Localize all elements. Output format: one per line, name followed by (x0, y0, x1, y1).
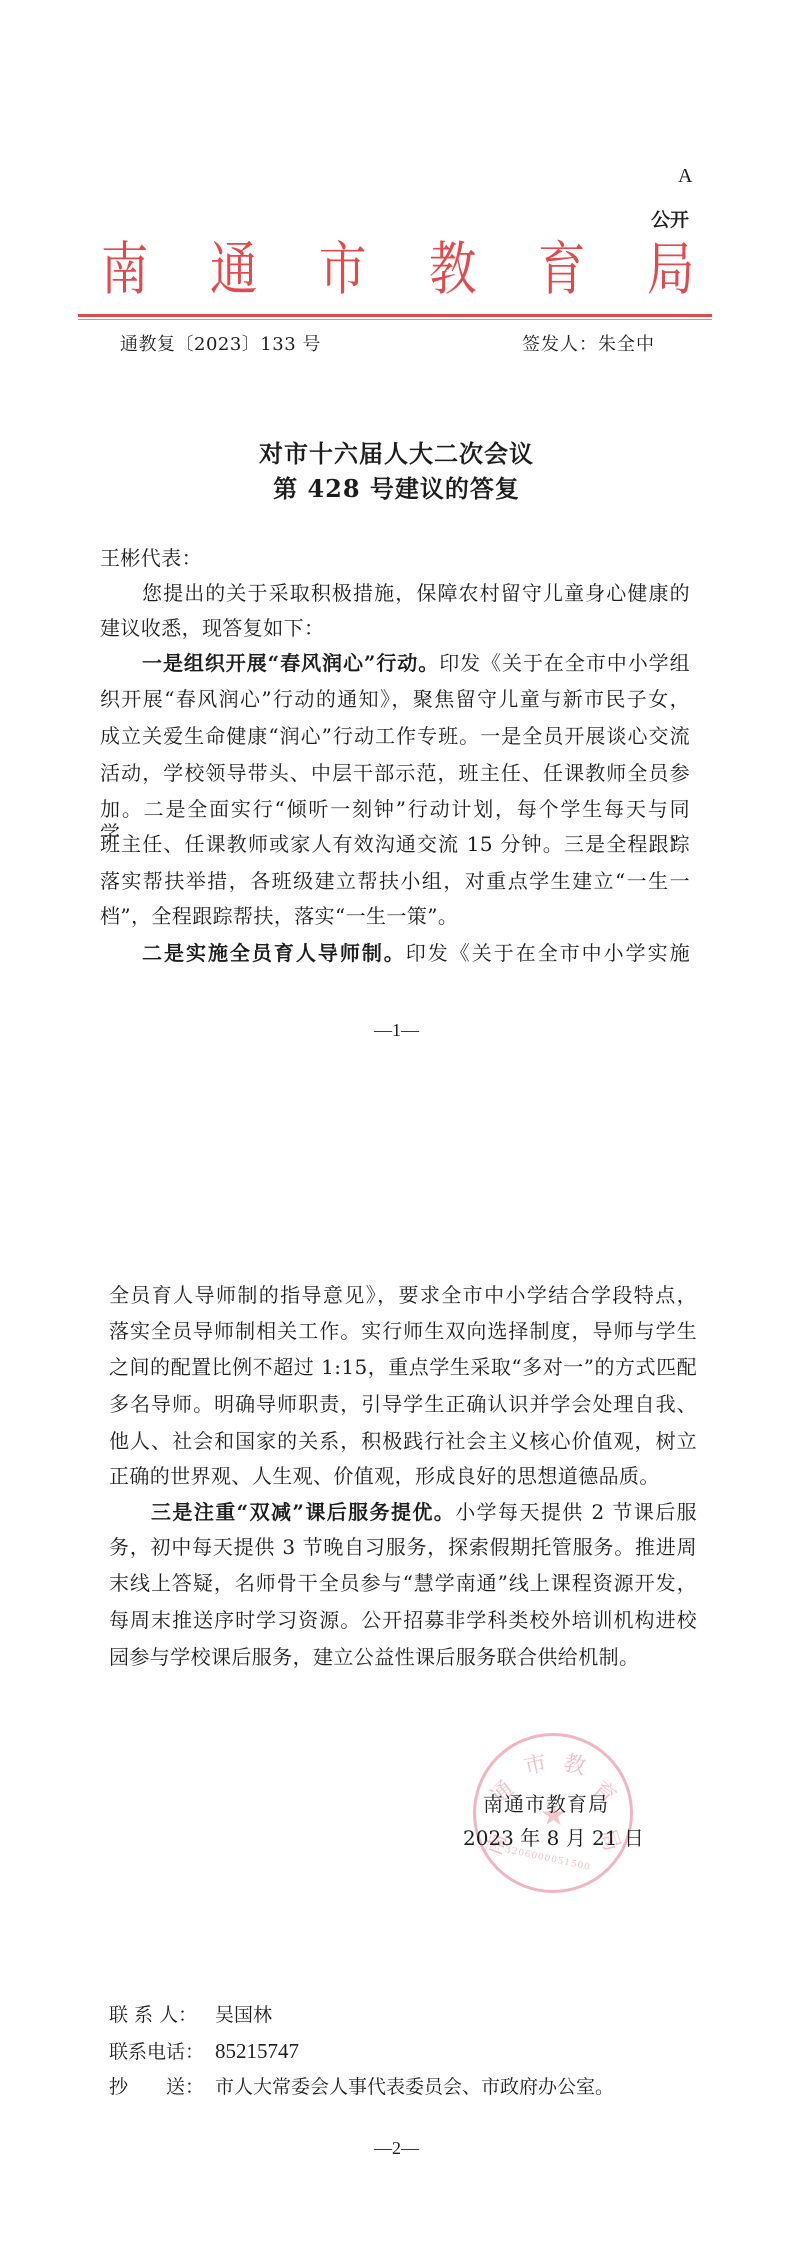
section1-text: 印发《关于在全市中小学组 (439, 651, 690, 675)
section2-line: 多名导师。明确导师职责，引导学生正确认识并学会处理自我、 (109, 1392, 697, 1416)
section3-heading: 三是注重“双减”课后服务提优。 (151, 1500, 455, 1524)
section2-line: 全员育人导师制的指导意见》，要求全市中小学结合学段特点， (109, 1283, 697, 1307)
page-number-1: —1— (0, 1020, 793, 1041)
signature-date: 2023 年 8 月 21 日 (463, 1822, 644, 1851)
section3-line: 务，初中每天提供 3 节晚自习服务，探索假期托管服务。推进周 (109, 1535, 697, 1559)
section1-line: 活动，学校领导带头、中层干部示范，班主任、任课教师全员参 (100, 761, 690, 785)
contact-phone-label: 联系电话： (109, 2040, 215, 2064)
letterhead-char: 南 (101, 236, 145, 302)
section2-heading: 二是实施全员育人导师制。 (142, 941, 406, 965)
section2-first-line: 二是实施全员育人导师制。印发《关于在全市中小学实施 (142, 941, 690, 965)
section2-line: 之间的配置比例不超过 1:15，重点学生采取“多对一”的方式匹配 (109, 1355, 697, 1379)
section2-line: 落实全员导师制相关工作。实行师生双向选择制度，导师与学生 (109, 1319, 697, 1343)
section2-line: 正确的世界观、人生观、价值观，形成良好的思想道德品质。 (109, 1464, 697, 1488)
contact-phone-value: 85215747 (215, 2039, 299, 2063)
section1-line: 落实帮扶举措，各班级建立帮扶小组，对重点学生建立“一生一 (100, 869, 690, 893)
section3-line: 末线上答疑，名师骨干全员参与“慧学南通”线上课程资源开发， (109, 1571, 697, 1595)
signature-organization: 南通市教育局 (483, 1788, 609, 1817)
section2-line: 他人、社会和国家的关系，积极践行社会主义核心价值观，树立 (109, 1429, 697, 1453)
document-title-line-2: 第 428 号建议的答复 (0, 469, 793, 504)
section1-line: 成立关爱生命健康“润心”行动工作专班。一是全员开展谈心交流 (100, 724, 690, 748)
issuer-letterhead: 南 通 市 教 育 局 (96, 236, 696, 302)
letterhead-char: 局 (647, 236, 691, 302)
letterhead-char: 育 (538, 236, 582, 302)
intro-line: 您提出的关于采取积极措施，保障农村留守儿童身心健康的 (142, 581, 690, 605)
section3-first-line: 三是注重“双减”课后服务提优。小学每天提供 2 节课后服 (151, 1500, 697, 1524)
letterhead-divider-thick (78, 314, 712, 317)
cc-row: 抄 送：市人大常委会人事代表委员会、市政府办公室。 (109, 2075, 614, 2099)
contact-person-value: 吴国林 (215, 2004, 272, 2026)
letterhead-char: 通 (210, 236, 254, 302)
section3-line: 园参与学校课后服务，建立公益性课后服务联合供给机制。 (109, 1645, 697, 1669)
section1-first-line: 一是组织开展“春风润心”行动。印发《关于在全市中小学组 (142, 651, 690, 675)
letterhead-char: 市 (319, 236, 363, 302)
contact-person-row: 联 系 人：吴国林 (109, 2003, 272, 2027)
letterhead-char: 教 (428, 236, 472, 302)
document-number: 通教复〔2023〕133 号 (120, 330, 321, 356)
section1-line: 织开展“春风润心”行动的通知》，聚焦留守儿童与新市民子女， (100, 687, 690, 711)
letterhead-divider-thin (78, 319, 712, 320)
seal-char: 市 (521, 1746, 549, 1781)
section3-line: 每周末推送序时学习资源。公开招募非学科类校外培训机构进校 (109, 1608, 697, 1632)
contact-person-label: 联 系 人： (109, 2003, 215, 2027)
page-number-2: —2— (0, 2138, 793, 2159)
section1-line: 档”，全程跟踪帮扶，落实“一生一策”。 (100, 904, 690, 928)
signer: 签发人：朱全中 (522, 330, 655, 356)
salutation: 王彬代表： (100, 546, 690, 570)
seal-char: 教 (561, 1746, 590, 1781)
document-title-line-1: 对市十六届人大二次会议 (0, 434, 793, 469)
intro-line: 建议收悉，现答复如下： (100, 616, 690, 640)
disclosure-label: 公开 (651, 205, 689, 232)
cc-value: 市人大常委会人事代表委员会、市政府办公室。 (215, 2076, 614, 2098)
contact-phone-row: 联系电话：85215747 (109, 2039, 299, 2064)
section1-heading: 一是组织开展“春风润心”行动。 (142, 651, 439, 675)
security-level-mark: A (678, 165, 692, 188)
section1-line: 班主任、任课教师或家人有效沟通交流 15 分钟。三是全程跟踪 (100, 832, 690, 856)
section2-text: 印发《关于在全市中小学实施 (406, 941, 690, 965)
cc-label: 抄 送： (109, 2075, 215, 2099)
section3-text: 小学每天提供 2 节课后服 (455, 1500, 697, 1524)
